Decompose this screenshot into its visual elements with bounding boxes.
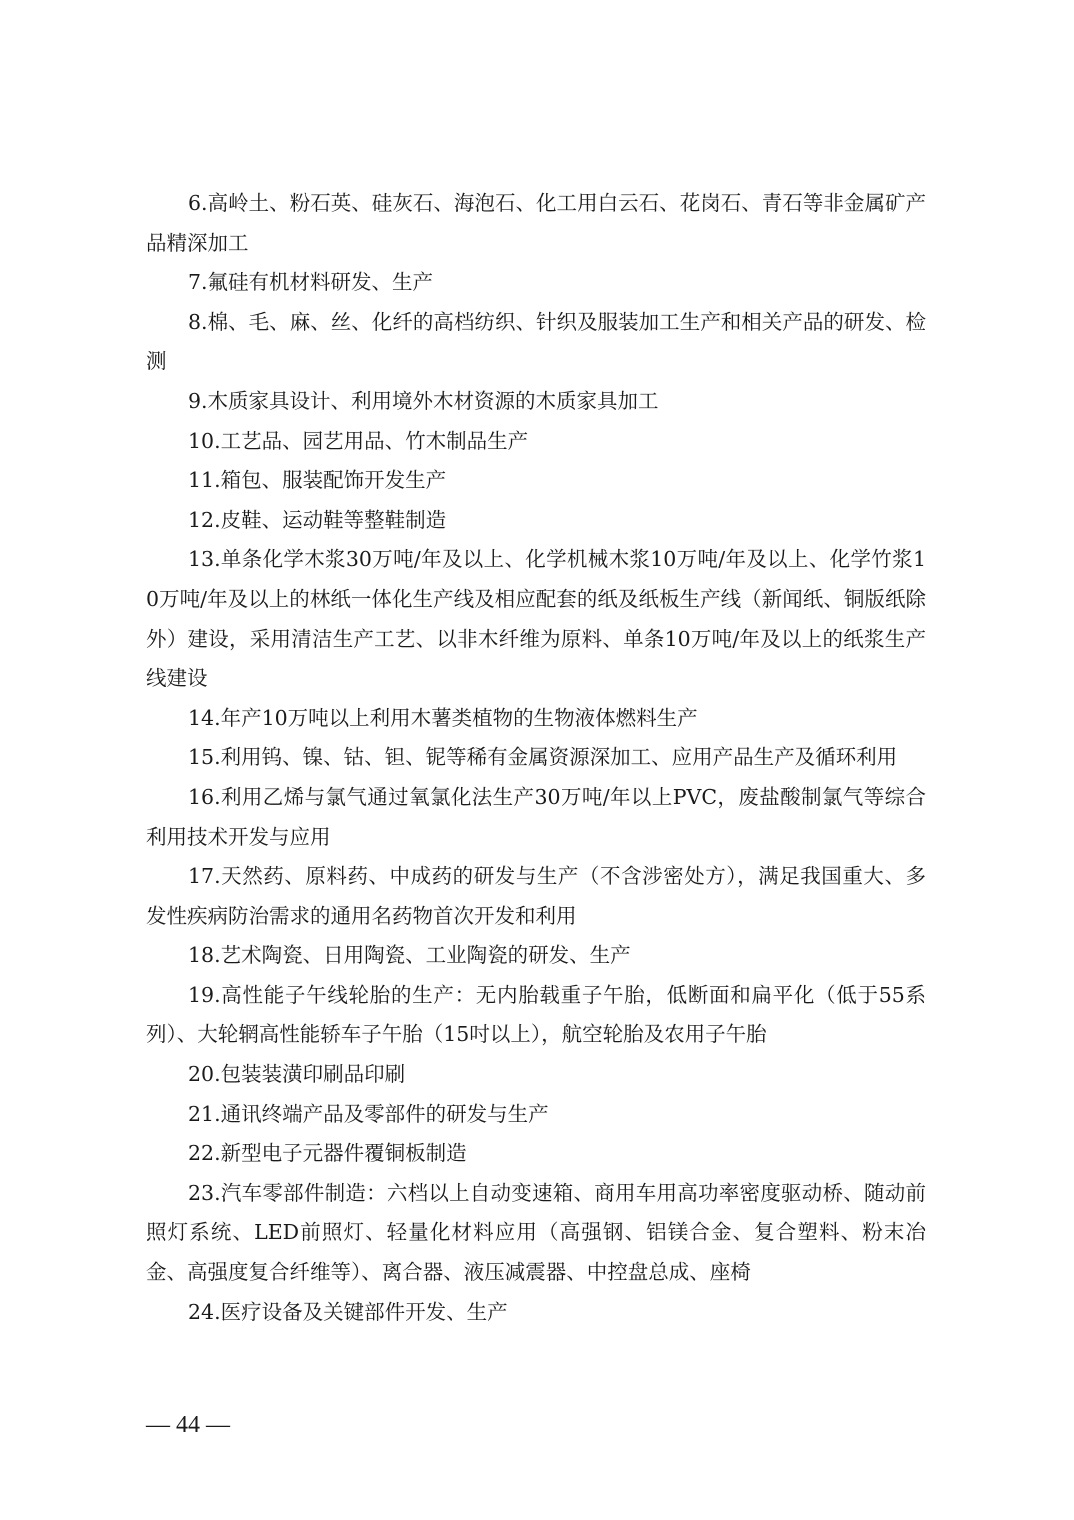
list-item-14: 14.年产10万吨以上利用木薯类植物的生物液体燃料生产 bbox=[146, 699, 926, 739]
list-item-11: 11.箱包、服装配饰开发生产 bbox=[146, 461, 926, 501]
list-item-7: 7.氟硅有机材料研发、生产 bbox=[146, 263, 926, 303]
list-item-16: 16.利用乙烯与氯气通过氧氯化法生产30万吨/年以上PVC，废盐酸制氯气等综合利… bbox=[146, 778, 926, 857]
list-item-17: 17.天然药、原料药、中成药的研发与生产（不含涉密处方），满足我国重大、多发性疾… bbox=[146, 857, 926, 936]
list-item-10: 10.工艺品、园艺用品、竹木制品生产 bbox=[146, 422, 926, 462]
list-item-13: 13.单条化学木浆30万吨/年及以上、化学机械木浆10万吨/年及以上、化学竹浆1… bbox=[146, 540, 926, 698]
list-item-15: 15.利用钨、镍、钴、钽、铌等稀有金属资源深加工、应用产品生产及循环利用 bbox=[146, 738, 926, 778]
list-item-20: 20.包装装潢印刷品印刷 bbox=[146, 1055, 926, 1095]
list-item-23: 23.汽车零部件制造：六档以上自动变速箱、商用车用高功率密度驱动桥、随动前照灯系… bbox=[146, 1174, 926, 1293]
list-item-24: 24.医疗设备及关键部件开发、生产 bbox=[146, 1293, 926, 1333]
list-item-6: 6.高岭土、粉石英、硅灰石、海泡石、化工用白云石、花岗石、青石等非金属矿产品精深… bbox=[146, 184, 926, 263]
page-number: — 44 — bbox=[146, 1412, 230, 1439]
list-item-8: 8.棉、毛、麻、丝、化纤的高档纺织、针织及服装加工生产和相关产品的研发、检测 bbox=[146, 303, 926, 382]
list-item-18: 18.艺术陶瓷、日用陶瓷、工业陶瓷的研发、生产 bbox=[146, 936, 926, 976]
list-item-22: 22.新型电子元器件覆铜板制造 bbox=[146, 1134, 926, 1174]
list-item-19: 19.高性能子午线轮胎的生产：无内胎载重子午胎，低断面和扁平化（低于55系列）、… bbox=[146, 976, 926, 1055]
list-item-21: 21.通讯终端产品及零部件的研发与生产 bbox=[146, 1095, 926, 1135]
document-body: 6.高岭土、粉石英、硅灰石、海泡石、化工用白云石、花岗石、青石等非金属矿产品精深… bbox=[146, 184, 926, 1332]
list-item-12: 12.皮鞋、运动鞋等整鞋制造 bbox=[146, 501, 926, 541]
list-item-9: 9.木质家具设计、利用境外木材资源的木质家具加工 bbox=[146, 382, 926, 422]
